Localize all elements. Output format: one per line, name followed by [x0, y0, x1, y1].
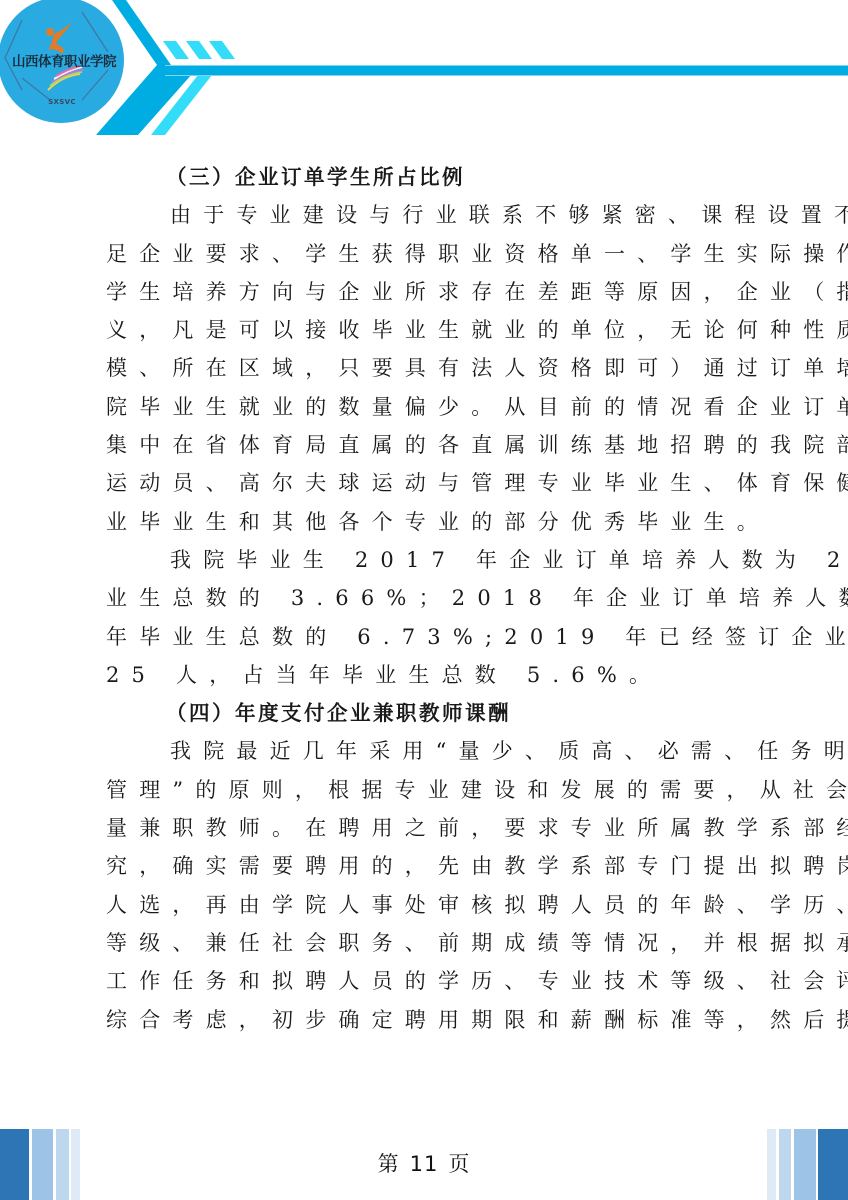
text-line: 模、所在区域，只要具有法人资格即可）通过订单培养接收我 [106, 349, 756, 387]
text-line: 足企业要求、学生获得职业资格单一、学生实际操作能力偏弱、 [106, 235, 756, 273]
page-header: 山西体育职业学院 SXSVC [0, 0, 848, 135]
text-line: 由于专业建设与行业联系不够紧密、课程设置不能完全满 [106, 196, 756, 234]
text-line: 人选，再由学院人事处审核拟聘人员的年龄、学历、专业技术 [106, 886, 756, 924]
text-line: 究，确实需要聘用的，先由教学系部专门提出拟聘岗位和拟聘 [106, 847, 756, 885]
text-line: 综合考虑，初步确定聘用期限和薪酬标准等，然后提交院长办 [106, 1001, 756, 1039]
paragraph-order-statistics: 我院毕业生 2017 年企业订单培养人数为 21 人，占当年毕 业生总数的 3.… [106, 541, 756, 694]
section-heading-4: （四）年度支付企业兼职教师课酬 [106, 694, 756, 732]
text-line: 运动员、高尔夫球运动与管理专业毕业生、体育保健与康复专 [106, 464, 756, 502]
header-decoration [0, 0, 848, 135]
text-line: 我院毕业生 2017 年企业订单培养人数为 21 人，占当年毕 [106, 541, 756, 579]
paragraph-part-time-teachers: 我院最近几年采用“量少、质高、必需、任务明确、合同 管理”的原则，根据专业建设和… [106, 732, 756, 1038]
text-line: 年毕业生总数的 6.73%;2019 年已经签订企业订单培养人数为 [106, 618, 756, 656]
text-line: 量兼职教师。在聘用之前，要求专业所属教学系部经过认真研 [106, 809, 756, 847]
paragraph-order-reasons: 由于专业建设与行业联系不够紧密、课程设置不能完全满 足企业要求、学生获得职业资格… [106, 196, 756, 541]
page-number-value: 11 [410, 1152, 439, 1176]
text-line: 等级、兼任社会职务、前期成绩等情况，并根据拟承担的教学 [106, 924, 756, 962]
document-body: （三）企业订单学生所占比例 由于专业建设与行业联系不够紧密、课程设置不能完全满 … [106, 158, 756, 1039]
logo-school-name: 山西体育职业学院 [6, 50, 122, 70]
text-line: 管理”的原则，根据专业建设和发展的需要，从社会聘用了少 [106, 771, 756, 809]
dash-mark-2 [186, 41, 212, 59]
text-line: 工作任务和拟聘人员的学历、专业技术等级、社会评价等因素 [106, 962, 756, 1000]
section-heading-3: （三）企业订单学生所占比例 [106, 158, 756, 196]
text-line: 学生培养方向与企业所求存在差距等原因，企业（指广义的含 [106, 273, 756, 311]
text-line: 25 人，占当年毕业生总数 5.6%。 [106, 656, 756, 694]
page-prefix: 第 [378, 1152, 400, 1176]
page-suffix: 页 [448, 1152, 470, 1176]
text-line: 我院最近几年采用“量少、质高、必需、任务明确、合同 [106, 732, 756, 770]
text-line: 院毕业生就业的数量偏少。从目前的情况看企业订单培养主要 [106, 388, 756, 426]
text-line: 义，凡是可以接收毕业生就业的单位，无论何种性质、多大规 [106, 311, 756, 349]
text-line: 业毕业生和其他各个专业的部分优秀毕业生。 [106, 503, 756, 541]
logo-abbreviation: SXSVC [40, 98, 84, 106]
text-line: 集中在省体育局直属的各直属训练基地招聘的我院部分优秀 [106, 426, 756, 464]
header-rule [165, 66, 848, 75]
dash-mark-3 [209, 41, 235, 59]
page-number: 第11页 [0, 1148, 848, 1178]
text-line: 业生总数的 3.66%；2018 年企业订单培养人数为 26 人，占当 [106, 579, 756, 617]
dash-mark-1 [163, 41, 189, 59]
